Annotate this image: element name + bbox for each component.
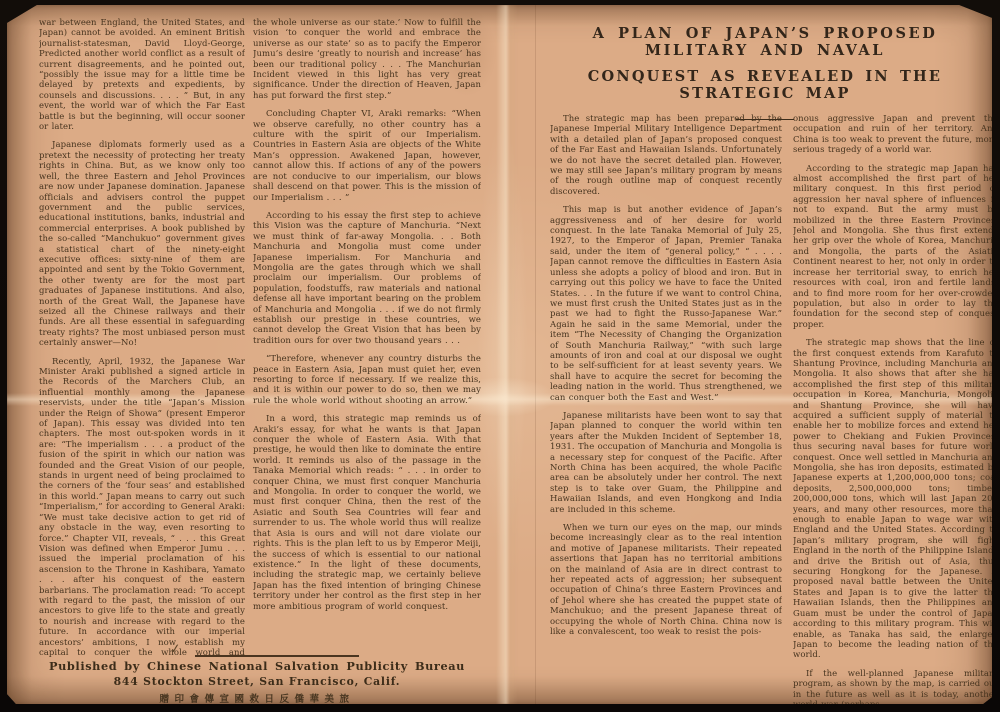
- paragraph: When we turn our eyes on the map, our mi…: [550, 523, 782, 637]
- vertical-fold-crease: [496, 5, 518, 704]
- publisher-address: 844 Stockton Street, San Francisco, Cali…: [37, 675, 477, 688]
- title-line-2: CONQUEST AS REVEALED IN THE STRATEGIC MA…: [539, 68, 991, 102]
- publisher-block: Published by Chinese National Salvation …: [37, 659, 477, 705]
- right-page-column-2: onous aggressive Japan and prevent the o…: [793, 114, 998, 708]
- right-page-column-1: The strategic map has been prepared by t…: [550, 114, 782, 708]
- pencil-checkmark: ✓: [169, 641, 181, 657]
- pamphlet-paper: war between England, the United States, …: [7, 5, 992, 704]
- publisher-name: Published by Chinese National Salvation …: [37, 659, 477, 673]
- paragraph: “Therefore, whenever any country disturb…: [253, 354, 481, 406]
- paragraph: war between England, the United States, …: [39, 18, 245, 132]
- pamphlet-scan: war between England, the United States, …: [0, 0, 1000, 712]
- paragraph: According to his essay the first step to…: [253, 211, 481, 346]
- paragraph: This map is but another evidence of Japa…: [550, 205, 782, 403]
- paragraph: In a word, this strategic map reminds us…: [253, 414, 481, 612]
- title-line-1: A PLAN OF JAPAN’S PROPOSED MILITARY AND …: [539, 25, 991, 59]
- paragraph: onous aggressive Japan and prevent the o…: [793, 114, 998, 156]
- footer-divider-rule: [195, 655, 359, 657]
- paragraph: According to the strategic map Japan has…: [793, 164, 998, 331]
- paragraph: Japanese diplomats formerly used as a pr…: [39, 140, 245, 348]
- left-page-column-2: the whole universe as our state.’ Now to…: [253, 18, 481, 658]
- paragraph: The strategic map shows that the line of…: [793, 338, 998, 661]
- fold-highlight: [477, 125, 527, 545]
- publisher-chinese-imprint: 贈印會傳宣國救日反僑華美旅: [37, 691, 477, 705]
- left-page-column-1: war between England, the United States, …: [39, 18, 245, 658]
- paragraph: Concluding Chapter VI, Araki remarks: “W…: [253, 109, 481, 203]
- pamphlet-title: A PLAN OF JAPAN’S PROPOSED MILITARY AND …: [539, 25, 991, 120]
- paragraph: the whole universe as our state.’ Now to…: [253, 18, 481, 101]
- paragraph: The strategic map has been prepared by t…: [550, 114, 782, 197]
- paragraph: If the well-planned Japanese military pr…: [793, 669, 998, 708]
- paragraph: Recently, April, 1932, the Japanese War …: [39, 357, 245, 658]
- fold-edge-line: [535, 5, 536, 704]
- paragraph: Japanese militarists have been wont to s…: [550, 411, 782, 515]
